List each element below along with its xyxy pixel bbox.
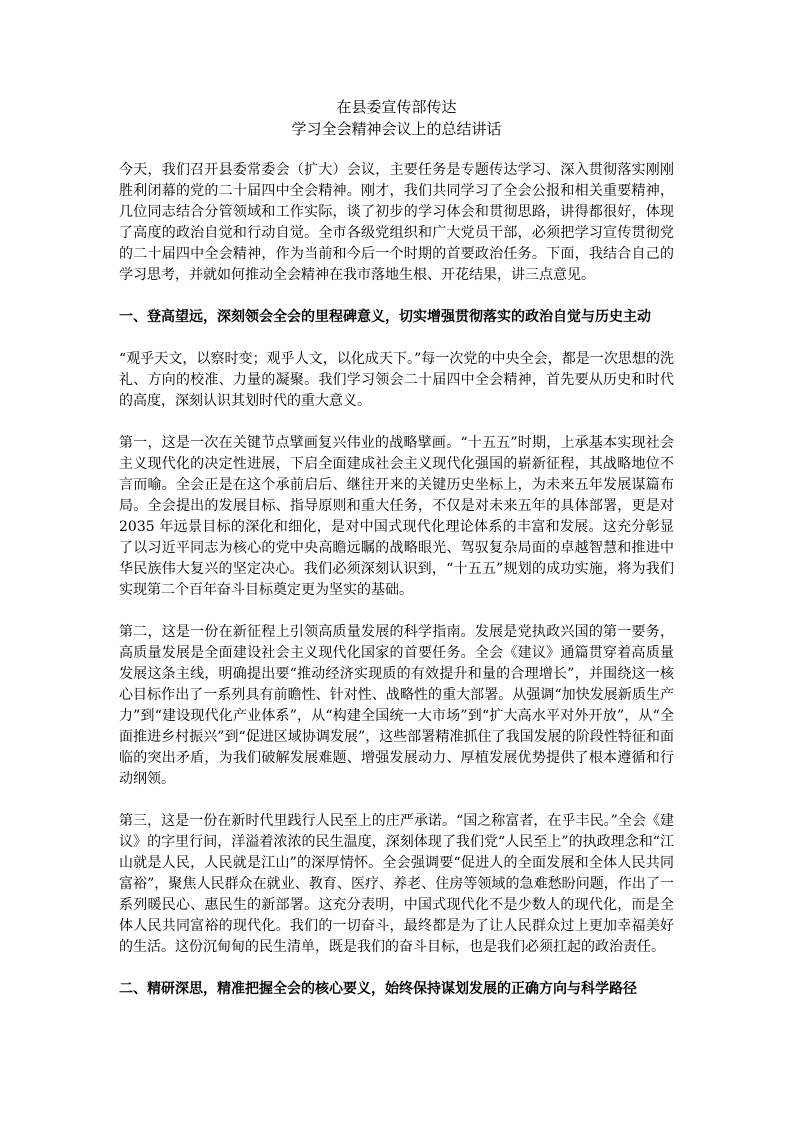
paragraph: 今天，我们召开县委常委会（扩大）会议，主要任务是专题传达学习、深入贯彻落实刚刚胜… (119, 160, 674, 286)
document-title: 在县委宣传部传达 学习全会精神会议上的总结讲话 (119, 96, 674, 140)
document-title-line-1: 在县委宣传部传达 (119, 96, 674, 118)
document-body: 今天，我们召开县委常委会（扩大）会议，主要任务是专题传达学习、深入贯彻落实刚刚胜… (119, 160, 674, 1000)
paragraph: 第二，这是一份在新征程上引领高质量发展的科学指南。发展是党执政兴国的第一要务，高… (119, 622, 674, 790)
paragraph: “观乎天文，以察时变；观乎人文，以化成天下。”每一次党的中央全会，都是一次思想的… (119, 349, 674, 412)
section-heading: 一、登高望远，深刻领会全会的里程碑意义，切实增强贯彻落实的政治自觉与历史主动 (119, 307, 674, 328)
document-title-line-2: 学习全会精神会议上的总结讲话 (119, 118, 674, 140)
paragraph: 第三，这是一份在新时代里践行人民至上的庄严承诺。“国之称富者，在乎丰民。”全会《… (119, 811, 674, 958)
section-heading: 二、精研深思，精准把握全会的核心要义，始终保持谋划发展的正确方向与科学路径 (119, 979, 674, 1000)
document-content: 在县委宣传部传达 学习全会精神会议上的总结讲话 今天，我们召开县委常委会（扩大）… (119, 96, 674, 1021)
paragraph: 第一，这是一次在关键节点擘画复兴伟业的战略擘画。“十五五”时期，上承基本实现社会… (119, 433, 674, 601)
document-page: 在县委宣传部传达 学习全会精神会议上的总结讲话 今天，我们召开县委常委会（扩大）… (0, 0, 793, 1122)
